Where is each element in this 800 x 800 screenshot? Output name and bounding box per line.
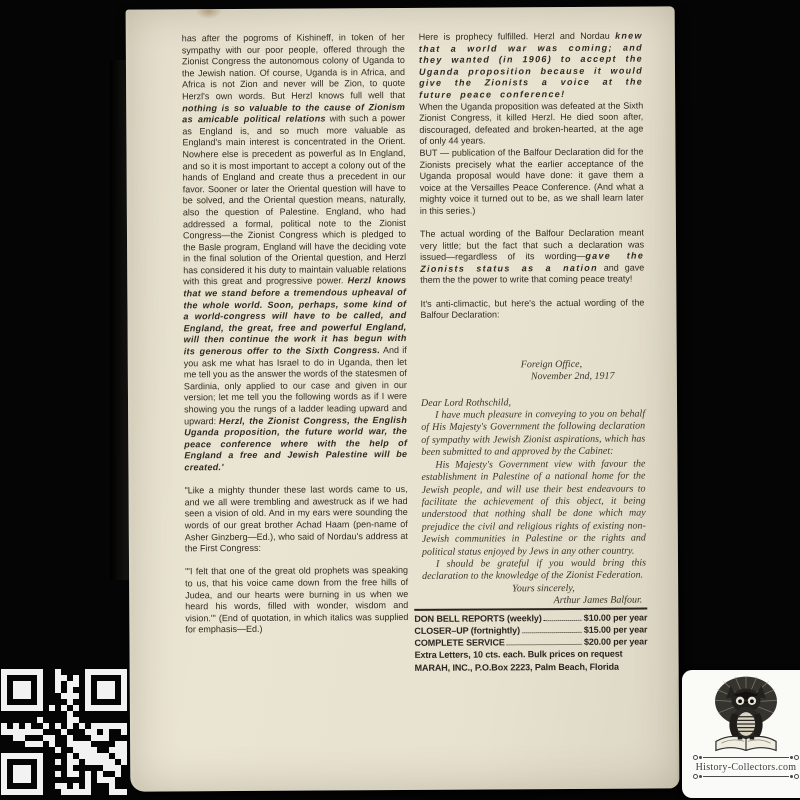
paragraph-actual-wording: The actual wording of the Balfour Declar… [420, 228, 644, 287]
right-column: Here is prophecy fulfilled. Herzl and No… [419, 31, 647, 674]
paragraph-mighty-thunder: "Like a mighty thunder these last words … [185, 484, 408, 555]
letter-body-paragraph: His Majesty's Government view with favou… [421, 458, 646, 559]
ornament-divider [693, 774, 799, 779]
paragraph-uganda-defeated: When the Uganda proposition was defeated… [419, 100, 643, 148]
brand-text: History-Collectors.com [696, 760, 797, 774]
letter-signature: Arthur James Balfour. [422, 595, 646, 609]
brand-watermark-card: History-Collectors.com [682, 670, 800, 798]
newsletter-page: has after the pogroms of Kishineff, in t… [126, 6, 680, 791]
subscription-price: $10.00 per year [584, 611, 648, 624]
dotted-leader [522, 632, 582, 633]
paragraph-but-publication: BUT — publication of the Balfour Declara… [419, 146, 643, 217]
subscription-price: $15.00 per year [584, 623, 648, 636]
paragraph-anticlimactic: It's anti-climactic, but here's the actu… [420, 297, 644, 322]
subscription-label: DON BELL REPORTS (weekly) [414, 612, 541, 625]
letter-body-paragraph: I have much pleasure in conveying to you… [421, 409, 645, 460]
letter-dateline: Foreign Office, November 2nd, 1917 [421, 358, 645, 384]
subscription-label: COMPLETE SERVICE [414, 637, 504, 650]
subscription-price: $20.00 per year [584, 636, 648, 649]
publisher-address: MARAH, INC., P.O.Box 2223, Palm Beach, F… [415, 660, 648, 674]
letter-dateline-office: Foreign Office, [521, 358, 645, 371]
owl-logo-icon [705, 673, 787, 755]
paper-stain [196, 6, 222, 19]
left-column: has after the pogroms of Kishineff, in t… [182, 32, 409, 636]
subscription-rates-box: DON BELL REPORTS (weekly) $10.00 per yea… [414, 607, 647, 674]
subscription-note: Extra Letters, 10 cts. each. Bulk prices… [415, 648, 648, 662]
paragraph-old-prophets: "'I felt that one of the great old proph… [185, 565, 408, 636]
qr-code-icon [1, 669, 127, 795]
subscription-label: CLOSER–UP (fortnightly) [414, 624, 520, 637]
paragraph-kishineff: has after the pogroms of Kishineff, in t… [182, 32, 408, 474]
letter-body-paragraph: I should be grateful if you would bring … [422, 557, 646, 583]
letter-dateline-date: November 2nd, 1917 [521, 371, 645, 384]
dotted-leader [544, 619, 582, 620]
paragraph-prophecy: Here is prophecy fulfilled. Herzl and No… [419, 31, 643, 102]
dotted-leader [507, 644, 582, 645]
photo-background: has after the pogroms of Kishineff, in t… [0, 0, 800, 800]
balfour-declaration-letter: Foreign Office, November 2nd, 1917 Dear … [421, 358, 647, 608]
